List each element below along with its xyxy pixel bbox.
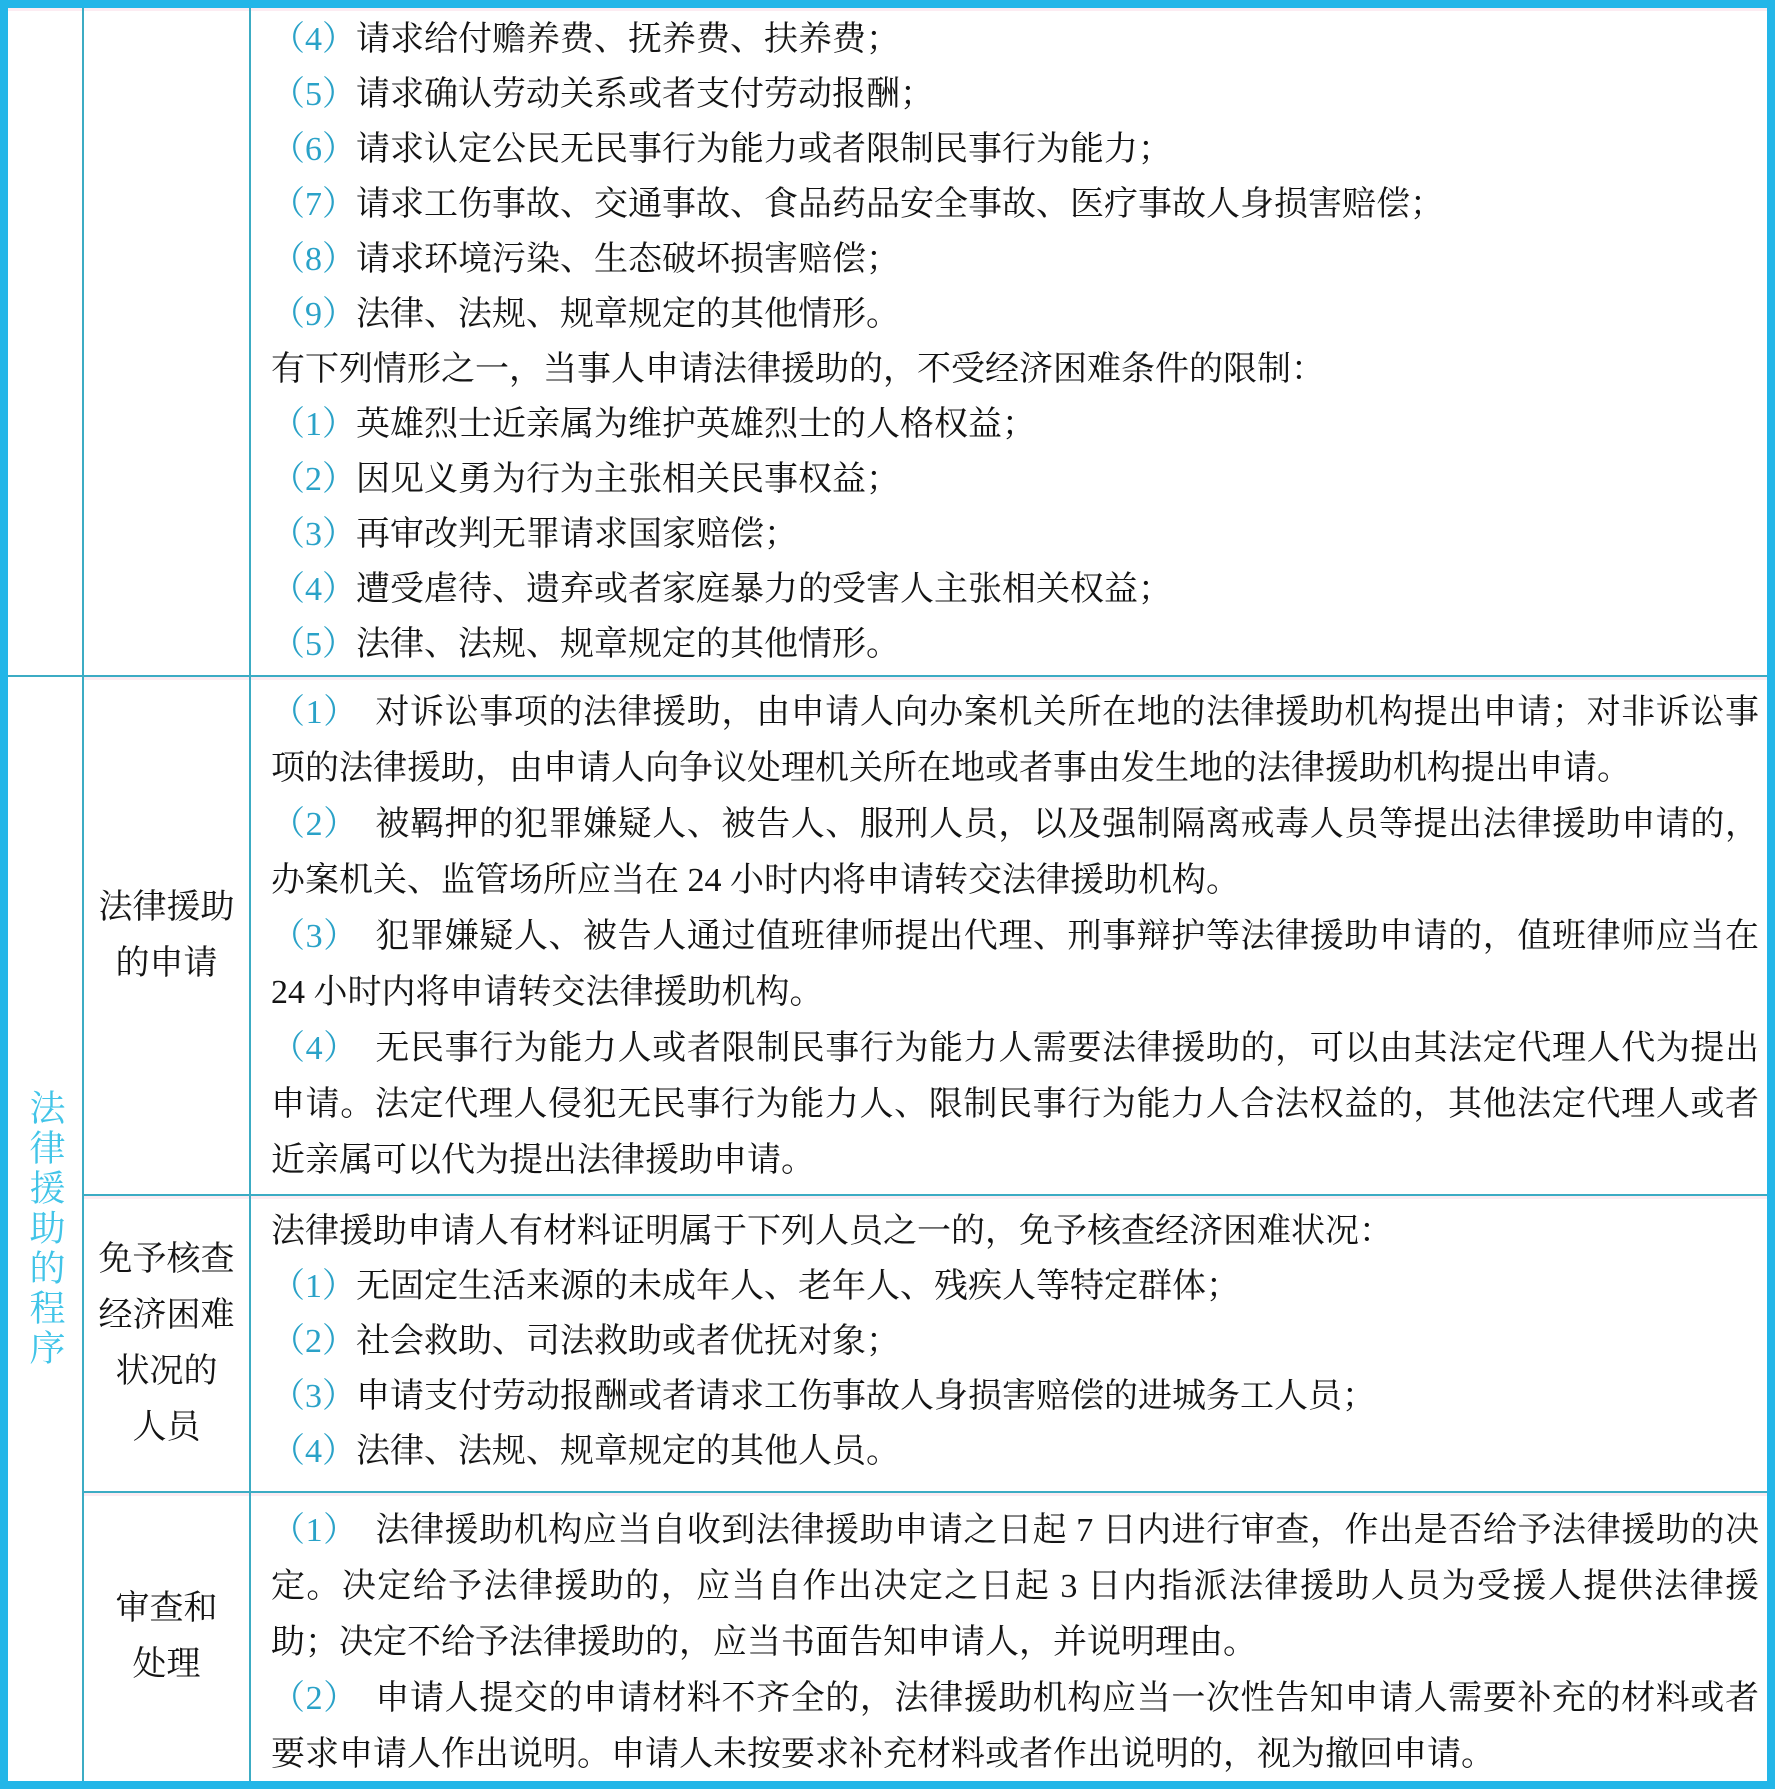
item-number: （9）: [271, 296, 356, 333]
item-number: （4）: [271, 21, 356, 58]
content-item: （4）请求给付赡养费、抚养费、扶养费；: [271, 12, 1759, 67]
item-text: 请求确认劳动关系或者支付劳动报酬；: [356, 76, 934, 113]
item-number: （8）: [271, 241, 356, 278]
content-item: （7）请求工伤事故、交通事故、食品药品安全事故、医疗事故人身损害赔偿；: [271, 177, 1759, 232]
item-text: 请求给付赡养费、抚养费、扶养费；: [356, 21, 900, 58]
content-item: （1） 对诉讼事项的法律援助，由申请人向办案机关所在地的法律援助机构提出申请；对…: [271, 685, 1759, 797]
item-text: 有下列情形之一，当事人申请法律援助的，不受经济困难条件的限制：: [271, 351, 1325, 388]
item-number: （1）: [271, 406, 356, 443]
row-label-line: 审查和: [116, 1581, 218, 1637]
item-text: 请求认定公民无民事行为能力或者限制民事行为能力；: [356, 131, 1172, 168]
content-item: （5）请求确认劳动关系或者支付劳动报酬；: [271, 67, 1759, 122]
item-number: （4）: [271, 571, 356, 608]
item-text: 对诉讼事项的法律援助，由申请人向办案机关所在地的法律援助机构提出申请；对非诉讼事…: [271, 694, 1759, 787]
item-number: （3）: [271, 918, 341, 955]
content-item: （4）遭受虐待、遗弃或者家庭暴力的受害人主张相关权益；: [271, 562, 1759, 617]
content-item: （8）请求环境污染、生态破坏损害赔偿；: [271, 232, 1759, 287]
item-text: 请求环境污染、生态破坏损害赔偿；: [356, 241, 900, 278]
item-number: （2）: [271, 1680, 341, 1717]
row-label-line: 人员: [133, 1400, 201, 1456]
item-number: （1）: [271, 1268, 356, 1305]
item-number: （2）: [271, 1323, 356, 1360]
item-number: （2）: [271, 461, 356, 498]
item-number: （6）: [271, 131, 356, 168]
item-number: （1）: [271, 694, 341, 731]
row-label-line: 的申请: [116, 936, 218, 992]
content-item: 有下列情形之一，当事人申请法律援助的，不受经济困难条件的限制：: [271, 342, 1759, 397]
content-item: （9）法律、法规、规章规定的其他情形。: [271, 287, 1759, 342]
row-label-line: 经济困难: [99, 1288, 235, 1344]
row-label-application: 法律援助的申请: [84, 677, 249, 1194]
item-text: 英雄烈士近亲属为维护英雄烈士的人格权益；: [356, 406, 1036, 443]
content-item: （1）无固定生活来源的未成年人、老年人、残疾人等特定群体；: [271, 1259, 1759, 1314]
item-number: （5）: [271, 626, 356, 663]
content-item: （2）因见义勇为行为主张相关民事权益；: [271, 452, 1759, 507]
item-number: （4）: [271, 1030, 341, 1067]
item-number: （7）: [271, 186, 356, 223]
content-item: （2）社会救助、司法救助或者优抚对象；: [271, 1314, 1759, 1369]
row-label-line: 状况的: [116, 1344, 218, 1400]
content-item: （2） 申请人提交的申请材料不齐全的，法律援助机构应当一次性告知申请人需要补充的…: [271, 1671, 1759, 1781]
content-item: （3）申请支付劳动报酬或者请求工伤事故人身损害赔偿的进城务工人员；: [271, 1369, 1759, 1424]
content-item: （2） 被羁押的犯罪嫌疑人、被告人、服刑人员，以及强制隔离戒毒人员等提出法律援助…: [271, 797, 1759, 909]
item-number: （3）: [271, 1378, 356, 1415]
item-text: 法律、法规、规章规定的其他情形。: [356, 296, 900, 333]
row-label-line: 免予核查: [99, 1232, 235, 1288]
item-text: 请求工伤事故、交通事故、食品药品安全事故、医疗事故人身损害赔偿；: [356, 186, 1444, 223]
item-number: （1）: [271, 1512, 341, 1549]
row-label-exempt-check: 免予核查经济困难状况的人员: [84, 1196, 249, 1491]
item-number: （2）: [271, 806, 341, 843]
content-item: （4）法律、法规、规章规定的其他人员。: [271, 1424, 1759, 1479]
item-text: 法律、法规、规章规定的其他情形。: [356, 626, 900, 663]
scanned-page: （4）请求给付赡养费、抚养费、扶养费；（5）请求确认劳动关系或者支付劳动报酬；（…: [0, 0, 1775, 1789]
empty-cell-col2: [84, 8, 249, 675]
row-label-line: 处理: [133, 1637, 201, 1693]
item-text: 法律援助机构应当自收到法律援助申请之日起 7 日内进行审查，作出是否给予法律援助…: [271, 1512, 1759, 1661]
content-cell-application: （1） 对诉讼事项的法律援助，由申请人向办案机关所在地的法律援助机构提出申请；对…: [251, 677, 1767, 1194]
content-item: （5）法律、法规、规章规定的其他情形。: [271, 617, 1759, 672]
content-cell-exempt-check: 法律援助申请人有材料证明属于下列人员之一的，免予核查经济困难状况：（1）无固定生…: [251, 1196, 1767, 1491]
item-text: 被羁押的犯罪嫌疑人、被告人、服刑人员，以及强制隔离戒毒人员等提出法律援助申请的，…: [271, 806, 1759, 899]
content-item: 法律援助申请人有材料证明属于下列人员之一的，免予核查经济困难状况：: [271, 1204, 1759, 1259]
item-text: 因见义勇为行为主张相关民事权益；: [356, 461, 900, 498]
content-item: （4） 无民事行为能力人或者限制民事行为能力人需要法律援助的，可以由其法定代理人…: [271, 1021, 1759, 1189]
content-item: （1） 法律援助机构应当自收到法律援助申请之日起 7 日内进行审查，作出是否给予…: [271, 1503, 1759, 1671]
item-number: （5）: [271, 76, 356, 113]
content-item: （3） 犯罪嫌疑人、被告人通过值班律师提出代理、刑事辩护等法律援助申请的，值班律…: [271, 909, 1759, 1021]
item-number: （4）: [271, 1433, 356, 1470]
content-cell-continuation: （4）请求给付赡养费、抚养费、扶养费；（5）请求确认劳动关系或者支付劳动报酬；（…: [251, 8, 1767, 675]
legal-aid-table: （4）请求给付赡养费、抚养费、扶养费；（5）请求确认劳动关系或者支付劳动报酬；（…: [8, 8, 1767, 1781]
item-text: 申请人提交的申请材料不齐全的，法律援助机构应当一次性告知申请人需要补充的材料或者…: [271, 1680, 1759, 1773]
item-text: 申请支付劳动报酬或者请求工伤事故人身损害赔偿的进城务工人员；: [356, 1378, 1376, 1415]
content-item: （3）再审改判无罪请求国家赔偿；: [271, 507, 1759, 562]
content-cell-review: （1） 法律援助机构应当自收到法律援助申请之日起 7 日内进行审查，作出是否给予…: [251, 1493, 1767, 1781]
item-text: 无民事行为能力人或者限制民事行为能力人需要法律援助的，可以由其法定代理人代为提出…: [271, 1030, 1759, 1179]
sidebar-group-label: 法律援助的程序: [27, 1089, 63, 1369]
item-text: 社会救助、司法救助或者优抚对象；: [356, 1323, 900, 1360]
item-text: 法律、法规、规章规定的其他人员。: [356, 1433, 900, 1470]
content-item: （1）英雄烈士近亲属为维护英雄烈士的人格权益；: [271, 397, 1759, 452]
item-text: 法律援助申请人有材料证明属于下列人员之一的，免予核查经济困难状况：: [271, 1213, 1393, 1250]
item-text: 遭受虐待、遗弃或者家庭暴力的受害人主张相关权益；: [356, 571, 1172, 608]
empty-cell-col1: [8, 8, 82, 675]
item-number: （3）: [271, 516, 356, 553]
item-text: 无固定生活来源的未成年人、老年人、残疾人等特定群体；: [356, 1268, 1240, 1305]
sidebar-group-cell: 法律援助的程序: [8, 677, 82, 1781]
row-label-line: 法律援助: [99, 880, 235, 936]
content-item: （6）请求认定公民无民事行为能力或者限制民事行为能力；: [271, 122, 1759, 177]
item-text: 再审改判无罪请求国家赔偿；: [356, 516, 798, 553]
row-label-review: 审查和处理: [84, 1493, 249, 1781]
item-text: 犯罪嫌疑人、被告人通过值班律师提出代理、刑事辩护等法律援助申请的，值班律师应当在…: [271, 918, 1759, 1011]
